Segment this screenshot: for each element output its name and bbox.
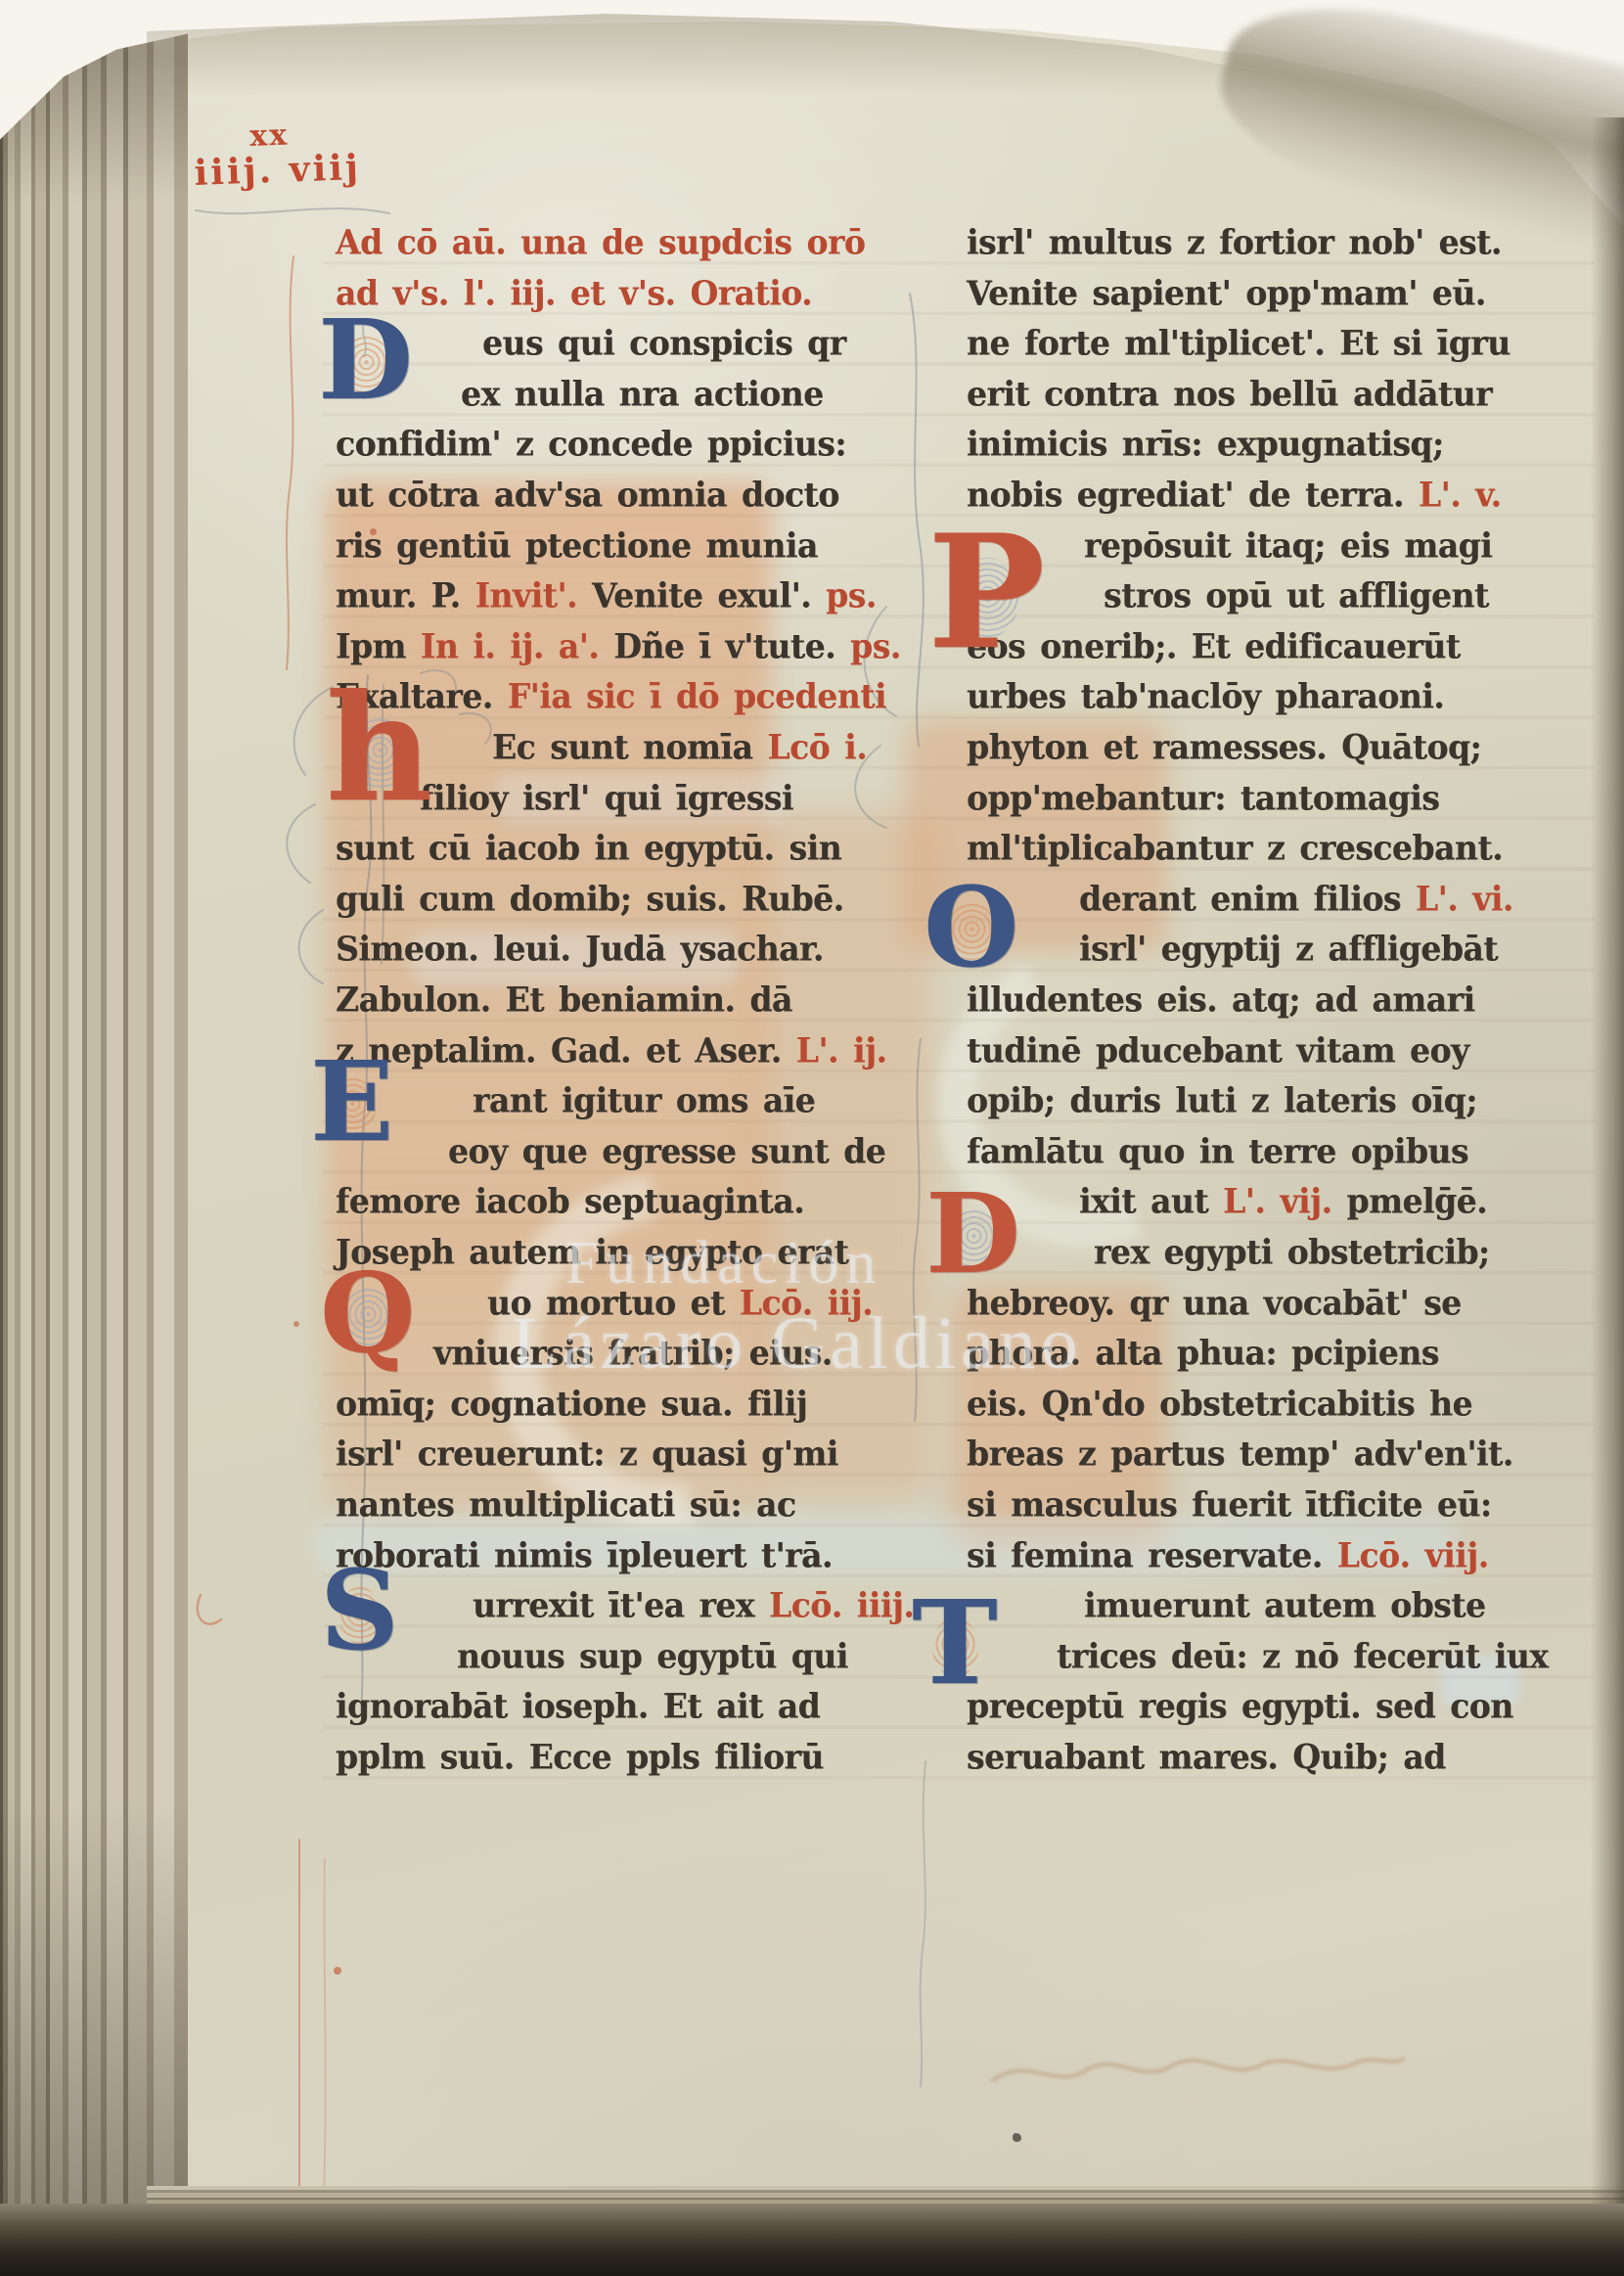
text-line: pplm suū. Ecce ppls filiorū	[336, 1730, 824, 1784]
table-shadow	[0, 2204, 1624, 2276]
book-page-edges	[0, 0, 188, 2251]
gutter-shadow	[1591, 117, 1624, 2221]
text-line: ris gentiū ptectione munia	[336, 519, 818, 572]
text-line: Simeon. leui. Judā ysachar.	[336, 923, 824, 977]
text-line: uo mortuo et Lcō. iij.	[487, 1276, 873, 1330]
text-line: Zabulon. Et beniamin. dā	[336, 973, 792, 1026]
text-line: ut cōtra adv'sa omnia docto	[336, 468, 839, 522]
text-line: guli cum domib; suis. Rubē.	[336, 872, 844, 926]
text-line: seruabant mares. Quib; ad	[967, 1730, 1446, 1784]
text-line: trices deū: z nō fecerūt iux	[1057, 1629, 1548, 1683]
text-line: eis. Qn'do obstetricabitis he	[967, 1377, 1472, 1431]
ink-speck	[293, 1321, 299, 1327]
text-line: phora. alta phua: pcipiens	[967, 1327, 1439, 1381]
ink-speck	[370, 528, 377, 535]
text-line: stros opū ut affligent	[1104, 569, 1489, 623]
text-line: rant igitur oms aīe	[473, 1074, 815, 1128]
illuminated-initial-E: E	[310, 1052, 393, 1153]
illuminated-initial-S: S	[320, 1561, 399, 1661]
text-line: roborati nimis īpleuert t'rā.	[336, 1528, 833, 1582]
text-line: isrl' multus z fortior nob' est.	[967, 215, 1502, 269]
ink-speck	[334, 1967, 341, 1975]
text-line: breas z partus temp' adv'en'it.	[967, 1428, 1513, 1481]
manuscript-photo: xx iiij. viij Ad cō aū. una de supdcis o…	[0, 0, 1624, 2276]
text-line: omīq; cognatione sua. filij	[336, 1377, 807, 1431]
text-line: urrexit īt'ea rex Lcō. iiij.	[473, 1579, 914, 1633]
text-line: vniuersis fratrib; eius.	[433, 1327, 833, 1381]
text-line: isrl' egyptij z affligebāt	[1079, 923, 1498, 977]
text-line: tudinē pducebant vitam eoy	[967, 1024, 1469, 1077]
folio-number-bottom: iiij. viij	[194, 148, 362, 193]
text-line: nobis egrediat' de terra. L'. v.	[967, 468, 1502, 522]
text-line: nantes multiplicati sū: ac	[336, 1478, 796, 1531]
text-line: Ec sunt nomīa Lcō i.	[492, 720, 867, 774]
illuminated-initial-D: D	[925, 1184, 1020, 1285]
text-line: phyton et ramesses. Quātoq;	[967, 720, 1481, 774]
text-line: opp'mebantur: tantomagis	[967, 771, 1439, 825]
illuminated-initial-H: h	[326, 681, 432, 816]
text-line: si femina reservate. Lcō. viij.	[967, 1528, 1489, 1582]
folio-number: xx iiij. viij	[193, 118, 362, 193]
text-line: Ad cō aū. una de supdcis orō	[336, 215, 865, 269]
illuminated-initial-P: P	[927, 521, 1045, 664]
text-line: derant enim filios L'. vi.	[1079, 872, 1513, 926]
illuminated-initial-T: T	[912, 1590, 998, 1697]
text-line: illudentes eis. atq; ad amari	[967, 973, 1474, 1026]
text-line: z neptalim. Gad. et Aser. L'. ij.	[336, 1024, 887, 1077]
text-line: hebreoy. qr una vocabāt' se	[967, 1276, 1462, 1330]
text-line: mur. P. Invit'. Venite exul'. ps.	[336, 569, 877, 623]
text-line: ml'tiplicabantur z crescebant.	[967, 822, 1503, 876]
text-line: nouus sup egyptū qui	[457, 1629, 848, 1683]
text-line: filioy isrl' qui īgressi	[420, 771, 793, 825]
text-line: opib; duris luti z lateris oīq;	[967, 1074, 1477, 1128]
text-line: femore iacob septuaginta.	[336, 1175, 804, 1229]
ink-speck	[1013, 2133, 1021, 2142]
text-line: famlātu quo in terre opibus	[967, 1124, 1468, 1178]
text-line: ignorabāt ioseph. Et ait ad	[336, 1680, 820, 1734]
text-line: inimicis nrīs: expugnatisq;	[967, 418, 1444, 472]
text-line: repōsuit itaq; eis magi	[1084, 519, 1492, 572]
text-line: erit contra nos bellū addātur	[967, 367, 1492, 421]
text-line: confidim' z concede ppicius:	[336, 418, 846, 472]
text-line: isrl' creuerunt: z quasi g'mi	[336, 1428, 838, 1481]
text-line: Venite sapient' opp'mam' eū.	[967, 266, 1486, 320]
text-line: rex egypti obstetricib;	[1094, 1225, 1490, 1279]
text-line: eus qui conspicis qr	[482, 317, 846, 371]
text-line: ex nulla nra actione	[461, 367, 824, 421]
illuminated-initial-Q: Q	[320, 1263, 416, 1364]
text-line: ixit aut L'. vij. pmelḡē.	[1079, 1175, 1487, 1229]
text-line: eoy que egresse sunt de	[448, 1124, 885, 1178]
text-line: imuerunt autem obste	[1084, 1579, 1485, 1633]
text-line: ne forte ml'tiplicet'. Et si īgru	[967, 317, 1511, 371]
illuminated-initial-O: O	[924, 878, 1019, 979]
text-line: preceptū regis egypti. sed con	[967, 1680, 1513, 1734]
illuminated-initial-D: D	[318, 310, 413, 411]
text-line: si masculus fuerit ītficite eū:	[967, 1478, 1492, 1531]
